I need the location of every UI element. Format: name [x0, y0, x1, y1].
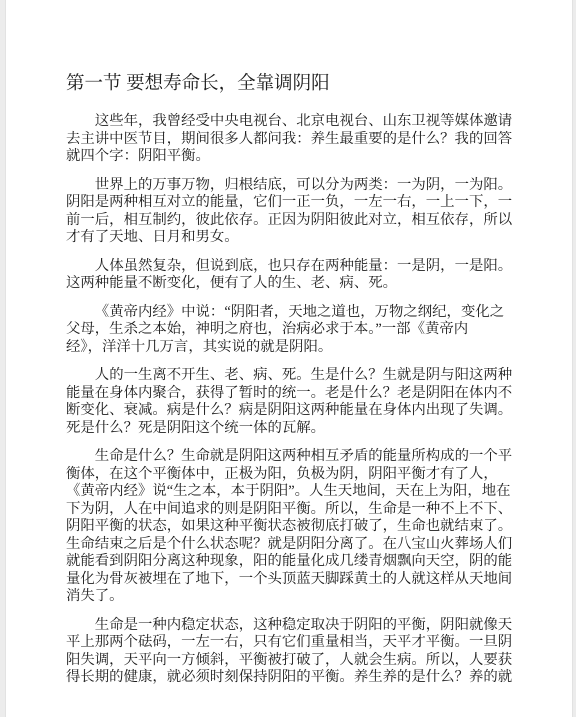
- text-line: 下为阴，人在中间追求的则是阴阳平衡。所以，生命是一种不上不下、: [66, 501, 572, 519]
- paragraph: 人体虽然复杂，但说到底，也只存在两种能量：一是阴，一是阳。 这两种能量不断变化，…: [66, 258, 572, 293]
- text-line: 平上那两个砝码，一左一右，只有它们重量相当，天平才平衡。一旦阴: [66, 634, 572, 652]
- text-line: 人的一生离不开生、老、病、死。生是什么？生就是阴与阳这两种: [66, 367, 572, 385]
- text-line: 就能看到阴阳分离这种现象，阳的能量化成几缕青烟飘向天空，阴的能: [66, 553, 572, 571]
- text-line: 阴阳平衡的状态，如果这种平衡状态被彻底打破了，生命也就结束了。: [66, 518, 572, 536]
- text-line: 生命结束之后是个什么状态呢？就是阴阳分离了。在八宝山火葬场人们: [66, 536, 572, 554]
- paragraph: 这些年，我曾经受中央电视台、北京电视台、山东卫视等媒体邀请 去主讲中医节目，期间…: [66, 113, 572, 166]
- text-line: 这些年，我曾经受中央电视台、北京电视台、山东卫视等媒体邀请: [66, 113, 572, 131]
- paragraph: 生命是一种内稳定状态，这种稳定取决于阴阳的平衡，阴阳就像天 平上那两个砝码，一左…: [66, 617, 572, 687]
- page-content: 第一节 要想寿命长，全靠调阴阳 这些年，我曾经受中央电视台、北京电视台、山东卫视…: [6, 0, 572, 687]
- text-line: 能量在身体内聚合，获得了暂时的统一。老是什么？老是阴阳在体内不: [66, 385, 572, 403]
- text-line: 去主讲中医节目，期间很多人都问我：养生最重要的是什么？我的回答: [66, 131, 572, 149]
- paragraph: 世界上的万事万物，归根结底，可以分为两类：一为阴，一为阳。 阴阳是两种相互对立的…: [66, 177, 572, 247]
- document-page[interactable]: 第一节 要想寿命长，全靠调阴阳 这些年，我曾经受中央电视台、北京电视台、山东卫视…: [5, 0, 573, 717]
- text-line: 就四个字：阴阳平衡。: [66, 148, 572, 166]
- text-line: 死是什么？死是阴阳这个统一体的瓦解。: [66, 420, 572, 438]
- text-line: 《黄帝内经》说“生之本，本于阴阳”。人生天地间，天在上为阳，地在: [66, 483, 572, 501]
- text-line: 阳失调，天平向一方倾斜，平衡被打破了，人就会生病。所以，人要获: [66, 652, 572, 670]
- text-line: 才有了天地、日月和男女。: [66, 229, 572, 247]
- text-line: 世界上的万事万物，归根结底，可以分为两类：一为阴，一为阳。: [66, 177, 572, 195]
- paragraph: 《黄帝内经》中说：“阴阳者，天地之道也，万物之纲纪，变化之 父母，生杀之本始，神…: [66, 304, 572, 357]
- text-line: 人体虽然复杂，但说到底，也只存在两种能量：一是阴，一是阳。: [66, 258, 572, 276]
- text-line: 生命是什么？生命就是阴阳这两种相互矛盾的能量所构成的一个平: [66, 448, 572, 466]
- text-line: 衡体，在这个平衡体中，正极为阳，负极为阴，阴阳平衡才有了人，: [66, 466, 572, 484]
- paragraph: 生命是什么？生命就是阴阳这两种相互矛盾的能量所构成的一个平 衡体，在这个平衡体中…: [66, 448, 572, 606]
- text-line: 经》，洋洋十几万言，其实说的就是阴阳。: [66, 339, 572, 357]
- text-line: 阴阳是两种相互对立的能量，它们一正一负，一左一右，一上一下，一: [66, 194, 572, 212]
- text-line: 量化为骨灰被埋在了地下，一个头顶蓝天脚踩黄土的人就这样从天地间: [66, 571, 572, 589]
- text-line: 得长期的健康，就必须时刻保持阴阳的平衡。养生养的是什么？养的就: [66, 669, 572, 687]
- text-line: 前一后，相互制约，彼此依存。正因为阴阳彼此对立，相互依存，所以: [66, 212, 572, 230]
- section-title: 第一节 要想寿命长，全靠调阴阳: [66, 72, 572, 96]
- text-line: 生命是一种内稳定状态，这种稳定取决于阴阳的平衡，阴阳就像天: [66, 617, 572, 635]
- text-line: 断变化、衰减。病是什么？病是阴阳这两种能量在身体内出现了失调。: [66, 402, 572, 420]
- text-line: 《黄帝内经》中说：“阴阳者，天地之道也，万物之纲纪，变化之: [66, 304, 572, 322]
- text-line: 这两种能量不断变化，便有了人的生、老、病、死。: [66, 275, 572, 293]
- text-line: 消失了。: [66, 588, 572, 606]
- paragraph: 人的一生离不开生、老、病、死。生是什么？生就是阴与阳这两种 能量在身体内聚合，获…: [66, 367, 572, 437]
- text-line: 父母，生杀之本始，神明之府也，治病必求于本。”一部《黄帝内: [66, 321, 572, 339]
